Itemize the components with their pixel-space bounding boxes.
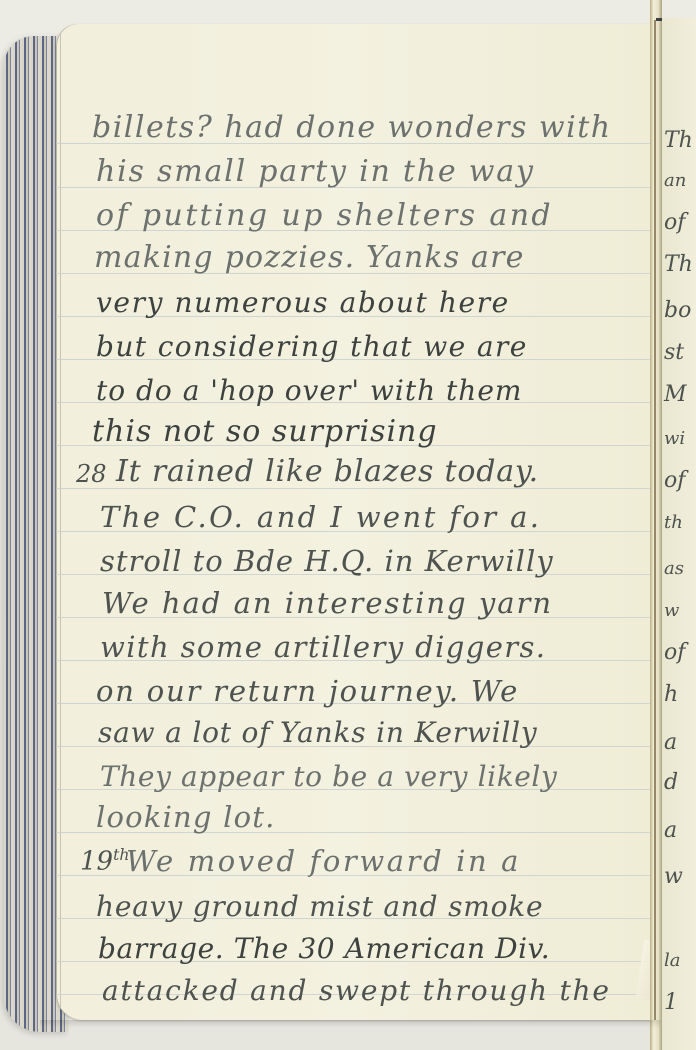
- entry-date: 28: [76, 460, 107, 488]
- facing-fragment: h: [664, 682, 678, 707]
- handwritten-line: attacked and swept through the: [102, 974, 611, 1007]
- handwritten-line: this not so surprising: [92, 414, 438, 449]
- handwritten-line: very numerous about here: [96, 286, 510, 319]
- facing-fragment: Th: [664, 252, 693, 277]
- facing-fragment: of: [664, 468, 685, 493]
- facing-fragment: th: [664, 512, 683, 533]
- gutter-crease: [654, 20, 656, 1020]
- handwritten-line: of putting up shelters and: [96, 198, 553, 233]
- handwritten-line: saw a lot of Yanks in Kerwilly: [98, 716, 538, 749]
- facing-fragment: Th: [664, 128, 693, 153]
- facing-fragment: an: [664, 170, 686, 191]
- handwritten-line: making pozzies. Yanks are: [94, 240, 525, 275]
- handwritten-line: to do a 'hop over' with them: [96, 374, 522, 407]
- handwritten-line: looking lot.: [96, 800, 276, 834]
- diary-page: billets? had done wonders with his small…: [56, 24, 652, 1020]
- handwritten-line: barrage. The 30 American Div.: [98, 932, 550, 965]
- handwritten-line: on our return journey. We: [96, 674, 519, 708]
- handwritten-line: stroll to Bde H.Q. in Kerwilly: [100, 544, 554, 578]
- facing-page: Th an of Th bo st M wi of th as w of h a…: [662, 18, 696, 1050]
- facing-fragment: d: [664, 770, 678, 795]
- handwritten-line: The C.O. and I went for a.: [100, 500, 541, 534]
- handwritten-line: They appear to be a very likely: [100, 760, 557, 793]
- handwritten-line: billets? had done wonders with: [92, 110, 612, 145]
- handwritten-line: We had an interesting yarn: [102, 586, 553, 620]
- handwritten-line: his small party in the way: [96, 154, 535, 189]
- facing-fragment: as: [664, 558, 684, 579]
- facing-fragment: w: [664, 864, 683, 889]
- entry-date-number: 19: [80, 847, 113, 877]
- facing-fragment: bo: [664, 298, 691, 323]
- facing-fragment: w: [664, 600, 679, 621]
- facing-fragment: a: [664, 730, 677, 755]
- handwritten-line: We moved forward in a: [126, 844, 521, 878]
- facing-fragment: 1: [664, 990, 678, 1015]
- entry-date: 19th: [80, 846, 129, 877]
- diary-scan: billets? had done wonders with his small…: [0, 0, 696, 1050]
- facing-fragment: la: [664, 950, 681, 971]
- facing-fragment: a: [664, 818, 677, 843]
- handwritten-line: It rained like blazes today.: [116, 454, 539, 489]
- page-shadow: [40, 1020, 660, 1028]
- facing-fragment: st: [664, 340, 684, 365]
- handwritten-line: with some artillery diggers.: [100, 630, 546, 664]
- book-gutter: [650, 0, 662, 1050]
- handwritten-line: heavy ground mist and smoke: [96, 890, 543, 923]
- facing-fragment: of: [664, 640, 685, 665]
- facing-fragment: M: [664, 382, 687, 407]
- facing-fragment: wi: [664, 428, 685, 449]
- handwritten-line: but considering that we are: [96, 330, 528, 363]
- facing-fragment: of: [664, 210, 685, 235]
